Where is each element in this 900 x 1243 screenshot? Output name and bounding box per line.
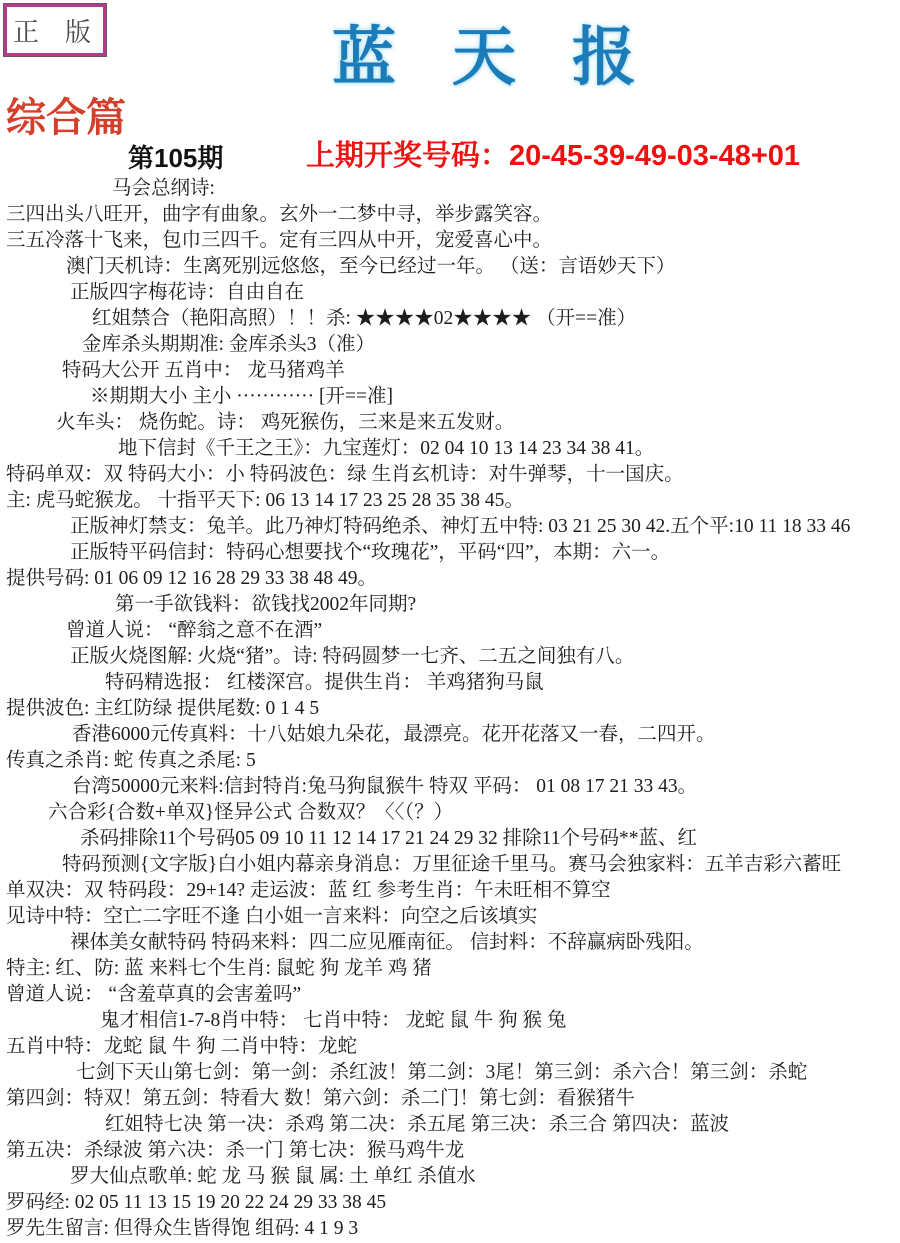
body-line: 火车头： 烧伤蛇。诗： 鸡死猴伤，三来是来五发财。 xyxy=(0,410,900,436)
body-line: 台湾50000元来料:信封特肖:兔马狗鼠猴牛 特双 平码： 01 08 17 2… xyxy=(0,774,900,800)
body-line: 特主: 红、防: 蓝 来料七个生肖: 鼠蛇 狗 龙羊 鸡 猪 xyxy=(0,956,900,982)
body-line: 裸体美女献特码 特码来料：四二应见雁南征。 信封料：不辞赢病卧残阳。 xyxy=(0,930,900,956)
edition-badge: 正版 xyxy=(3,3,107,57)
body-line: 罗码经: 02 05 11 13 15 19 20 22 24 29 33 38… xyxy=(0,1190,900,1216)
body-line: 第五决：杀绿波 第六决：杀一门 第七决：猴马鸡牛龙 xyxy=(0,1138,900,1164)
body-line: 鬼才相信1-7-8肖中特： 七肖中特： 龙蛇 鼠 牛 狗 猴 兔 xyxy=(0,1008,900,1034)
body-line: 马会总纲诗: xyxy=(0,176,900,202)
body-line: 特码大公开 五肖中： 龙马猪鸡羊 xyxy=(0,358,900,384)
body-line: 特码单双：双 特码大小：小 特码波色：绿 生肖玄机诗：对牛弹琴，十一国庆。 xyxy=(0,462,900,488)
edition-badge-frame: 正版 xyxy=(4,4,106,56)
body-line: 特码精选报： 红楼深宫。提供生肖： 羊鸡猪狗马鼠 xyxy=(0,670,900,696)
last-draw-numbers: 上期开奖号码：20-45-39-49-03-48+01 xyxy=(306,133,800,174)
body-line: 红姐特七决 第一决：杀鸡 第二决：杀五尾 第三决：杀三合 第四决：蓝波 xyxy=(0,1112,900,1138)
page: 正版 蓝天报 综合篇 第105期 上期开奖号码：20-45-39-49-03-4… xyxy=(0,0,900,1243)
body-line: 单双决：双 特码段：29+14? 走运波：蓝 红 参考生肖：午未旺相不算空 xyxy=(0,878,900,904)
body-line: 曾道人说： “醉翁之意不在酒” xyxy=(0,618,900,644)
body-line: 主: 虎马蛇猴龙。 十指平天下: 06 13 14 17 23 25 28 35… xyxy=(0,488,900,514)
body-line: 曾道人说： “含羞草真的会害羞吗” xyxy=(0,982,900,1008)
body-line: 正版神灯禁支：兔羊。此乃神灯特码绝杀、神灯五中特: 03 21 25 30 42… xyxy=(0,514,900,540)
body-line: 第一手欲钱料：欲钱找2002年同期? xyxy=(0,592,900,618)
body-line: 提供号码: 01 06 09 12 16 28 29 33 38 48 49。 xyxy=(0,566,900,592)
body-line: 红姐禁合（艳阳高照）！！杀: ★★★★02★★★★ （开==准） xyxy=(0,306,900,332)
body-line: ※期期大小 主小 ············ [开==准] xyxy=(0,384,900,410)
body-line: 特码预测{文字版}白小姐内幕亲身消息：万里征途千里马。赛马会独家料：五羊吉彩六蓄… xyxy=(0,852,900,878)
body-text: 马会总纲诗:三四出头八旺开，曲字有曲象。玄外一二梦中寻，举步露笑容。三五冷落十飞… xyxy=(0,176,900,1242)
body-line: 香港6000元传真料：十八姑娘九朵花，最漂亮。花开花落又一春，二四开。 xyxy=(0,722,900,748)
body-line: 三五冷落十飞来，包巾三四千。定有三四从中开，宠爱喜心中。 xyxy=(0,228,900,254)
body-line: 正版火烧图解: 火烧“猪”。诗: 特码圆梦一七齐、二五之间独有八。 xyxy=(0,644,900,670)
body-line: 正版四字梅花诗：自由自在 xyxy=(0,280,900,306)
body-line: 金库杀头期期准: 金库杀头3（准） xyxy=(0,332,900,358)
body-line: 罗大仙点歌单: 蛇 龙 马 猴 鼠 属: 土 单红 杀值水 xyxy=(0,1164,900,1190)
body-line: 杀码排除11个号码05 09 10 11 12 14 17 21 24 29 3… xyxy=(0,826,900,852)
section-title: 综合篇 xyxy=(6,86,126,143)
body-line: 三四出头八旺开，曲字有曲象。玄外一二梦中寻，举步露笑容。 xyxy=(0,202,900,228)
body-line: 六合彩{合数+单双}怪异公式 合数双？〈〈（？） xyxy=(0,800,900,826)
body-line: 五肖中特：龙蛇 鼠 牛 狗 二肖中特：龙蛇 xyxy=(0,1034,900,1060)
body-line: 正版特平码信封：特码心想要找个“玫瑰花”，平码“四”，本期：六一。 xyxy=(0,540,900,566)
body-line: 第四剑：特双！第五剑：特看大 数！第六剑：杀二门！第七剑：看猴猪牛 xyxy=(0,1086,900,1112)
body-line: 见诗中特：空亡二字旺不逢 白小姐一言来料：向空之后该填实 xyxy=(0,904,900,930)
body-line: 罗先生留言: 但得众生皆得饱 组码: 4 1 9 3 xyxy=(0,1216,900,1242)
edition-badge-label: 正版 xyxy=(0,12,117,49)
body-line: 传真之杀肖: 蛇 传真之杀尾: 5 xyxy=(0,748,900,774)
body-line: 七剑下天山第七剑：第一剑：杀红波！第二剑：3尾！第三剑：杀六合！第三剑：杀蛇 xyxy=(0,1060,900,1086)
page-title: 蓝天报 xyxy=(332,6,692,98)
issue-number: 第105期 xyxy=(128,138,223,175)
body-line: 澳门天机诗：生离死别远悠悠，至今已经过一年。 （送：言语妙天下） xyxy=(0,254,900,280)
body-line: 地下信封《千王之王》：九宝莲灯：02 04 10 13 14 23 34 38 … xyxy=(0,436,900,462)
body-line: 提供波色: 主红防绿 提供尾数: 0 1 4 5 xyxy=(0,696,900,722)
